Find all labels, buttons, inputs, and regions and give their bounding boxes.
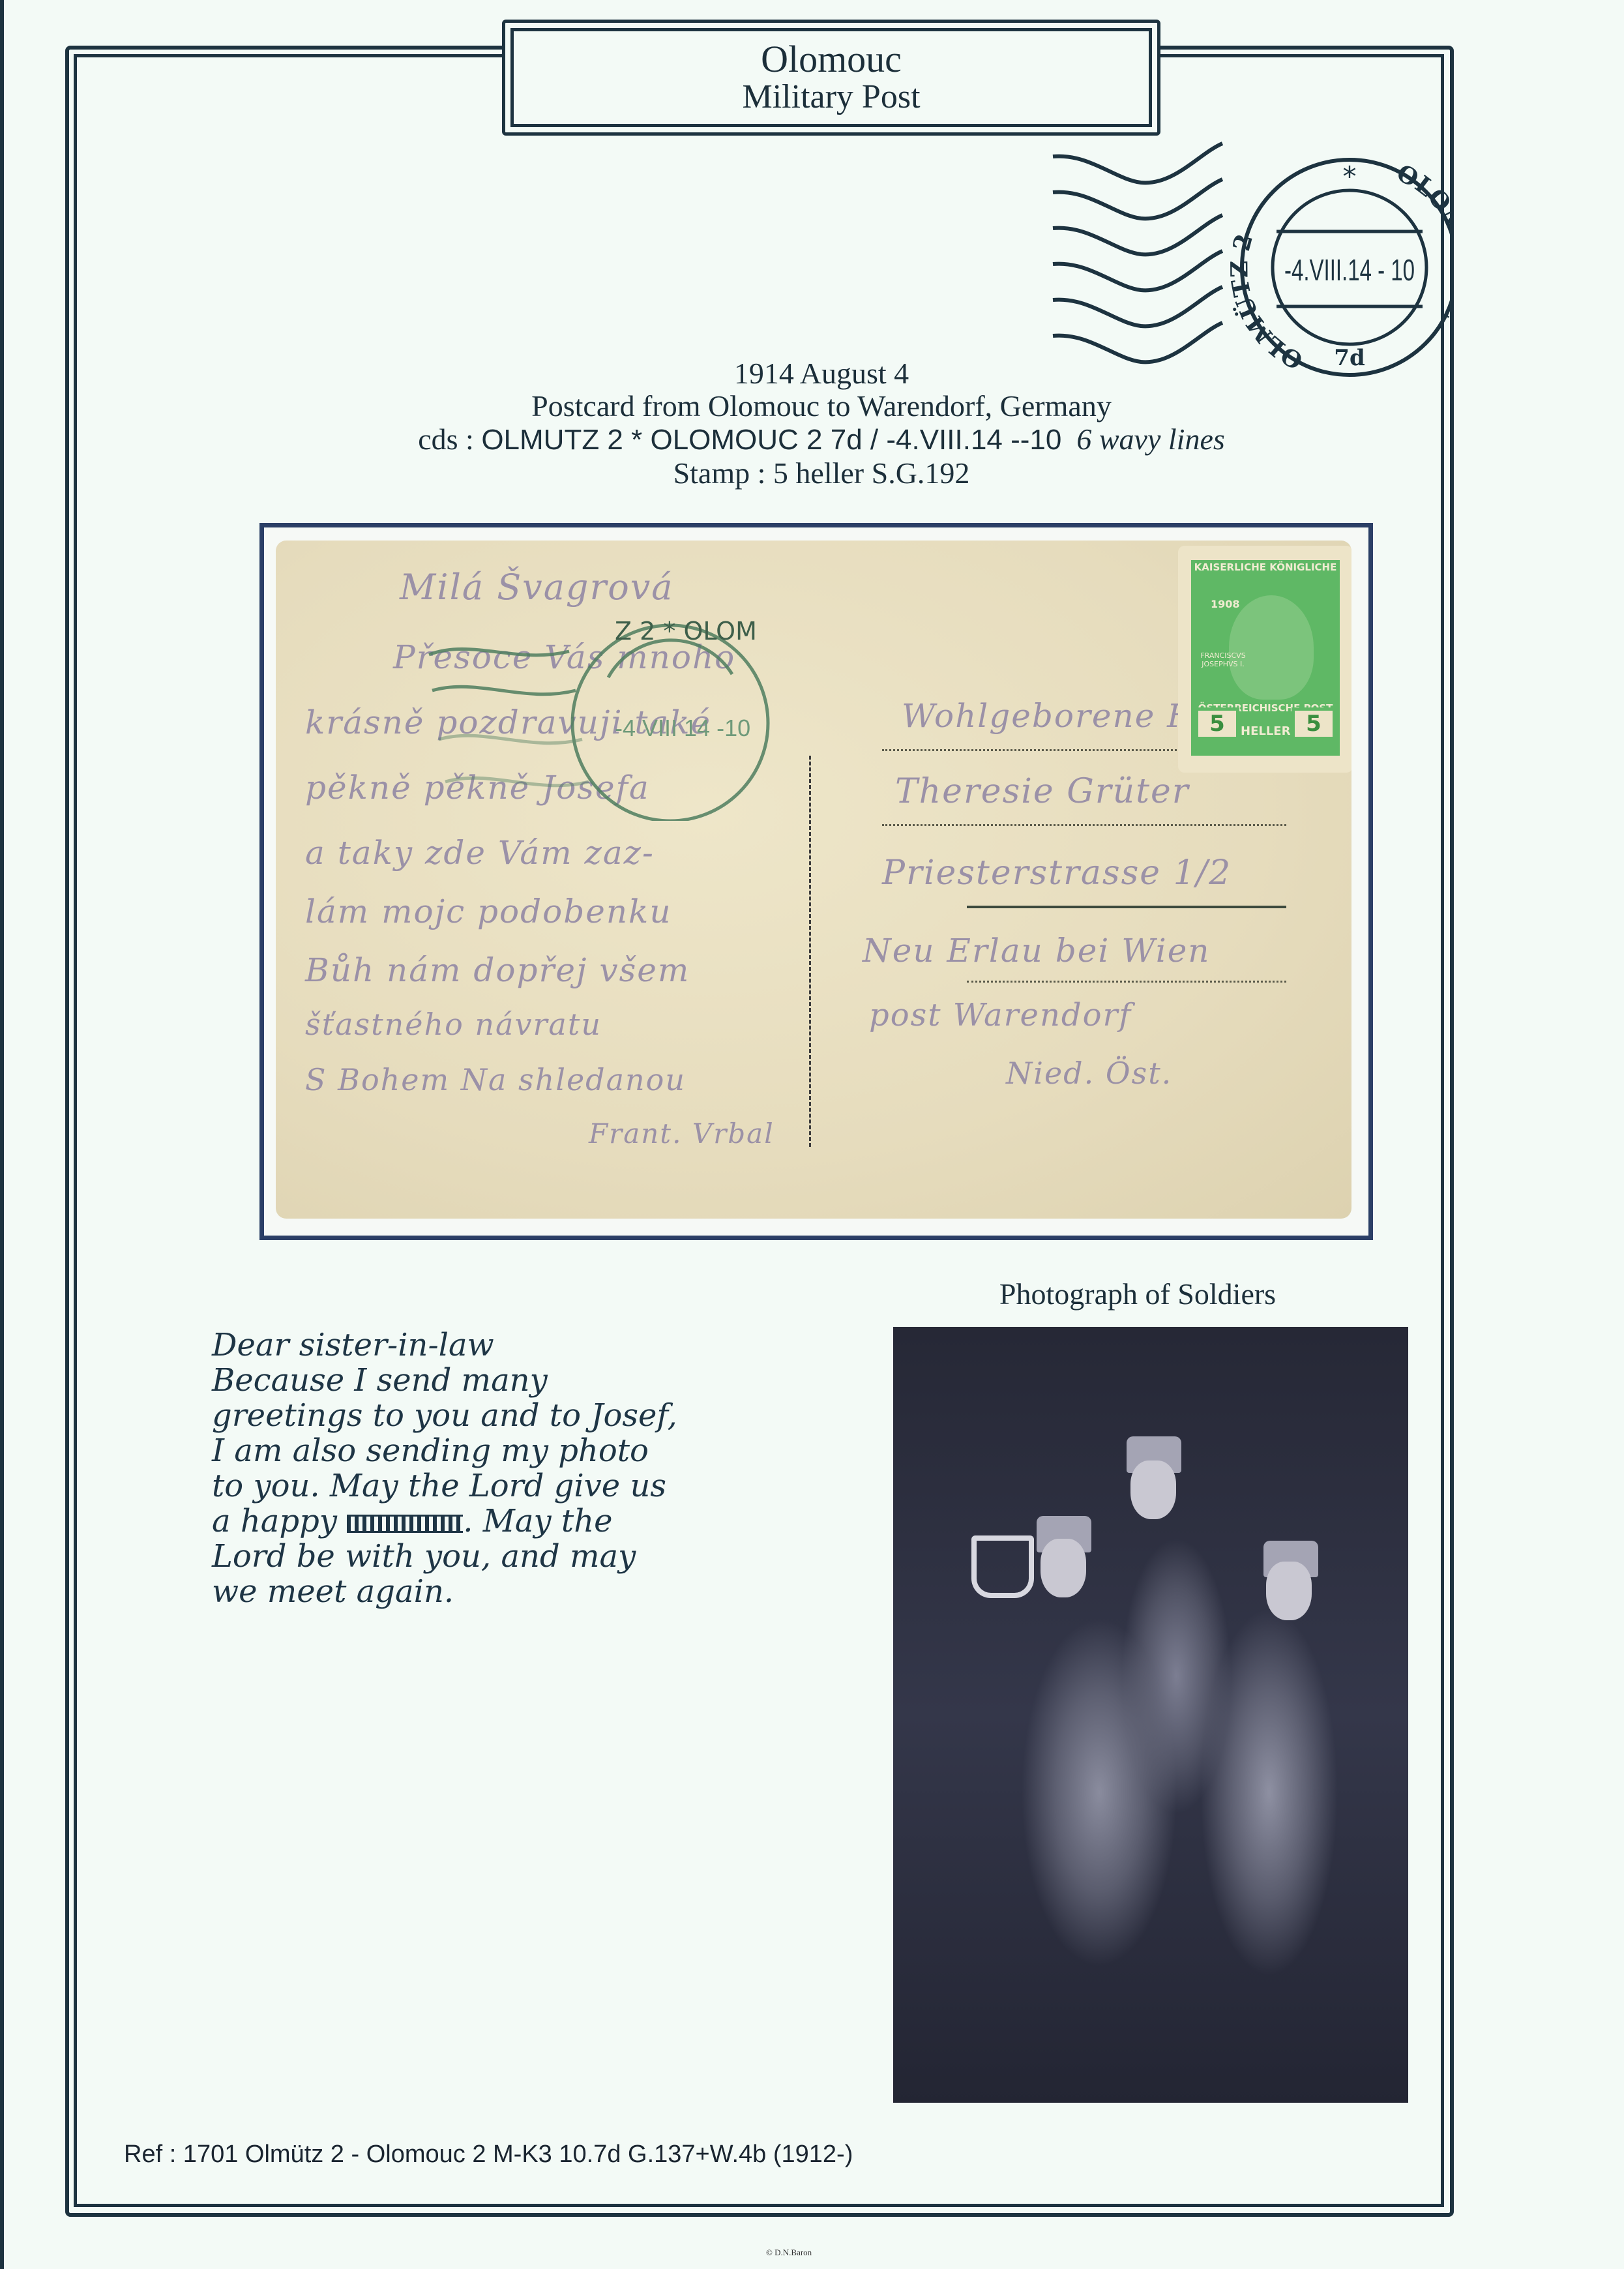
postcard-postmark-icon: Z 2 * OLOM -4 VIII 14 -10	[419, 599, 784, 821]
postage-stamp: KAISERLICHE KÖNIGLICHE 1908 FRANCISCVS J…	[1178, 546, 1351, 773]
message-signature: Frant. Vrbal	[589, 1118, 775, 1149]
page-subtitle: Military Post	[742, 79, 920, 115]
translation-line: greetings to you and to Josef,	[212, 1398, 773, 1433]
message-line: S Bohem Na shledanou	[305, 1062, 686, 1097]
page-edge	[0, 0, 4, 2269]
postcard-divider	[809, 756, 814, 1147]
stamp-design: KAISERLICHE KÖNIGLICHE 1908 FRANCISCVS J…	[1191, 560, 1340, 756]
wavy-lines-icon	[1053, 143, 1222, 362]
translation-line: we meet again.	[212, 1574, 773, 1609]
address-line: post Warendorf	[869, 997, 1132, 1033]
message-line: a taky zde Vám zaz-	[305, 834, 655, 872]
item-date: 1914 August 4	[117, 357, 1526, 390]
stamp-year: 1908	[1211, 598, 1240, 610]
address-line: Priesterstrasse 1/2	[882, 853, 1232, 893]
stamp-name: FRANCISCVS JOSEPHVS I.	[1200, 651, 1246, 668]
postcard-mount: Milá Švagrová Přesoce Vás mnoho krásně p…	[259, 523, 1373, 1240]
stamp-value-right: 5	[1292, 707, 1336, 740]
soldiers-photograph	[893, 1327, 1408, 2103]
postcard-postmark-ring: Z 2 * OLOM	[615, 617, 757, 645]
cds-label: cds :	[418, 423, 481, 456]
copyright-notice: © D.N.Baron	[766, 2247, 812, 2258]
item-route: Postcard from Olomouc to Warendorf, Germ…	[117, 390, 1526, 423]
address-rule	[967, 906, 1286, 908]
item-cds: cds : OLMUTZ 2 * OLOMOUC 2 7d / -4.VIII.…	[117, 423, 1526, 457]
translation-line: Dear sister-in-law	[212, 1327, 773, 1363]
translation-line: to you. May the Lord give us	[212, 1468, 773, 1504]
address-line: Theresie Grüter	[895, 772, 1190, 811]
address-line: Nied. Öst.	[1006, 1056, 1172, 1091]
translation-line: I am also sending my photo	[212, 1433, 773, 1468]
stamp-top-text: KAISERLICHE KÖNIGLICHE	[1191, 561, 1340, 573]
message-line: lám mojc podobenku	[305, 893, 672, 930]
cds-note: 6 wavy lines	[1076, 423, 1224, 456]
translation-text: Dear sister-in-law Because I send many g…	[212, 1327, 773, 1609]
translation-fragment: a happy	[212, 1503, 337, 1539]
item-stamp: Stamp : 5 heller S.G.192	[117, 457, 1526, 490]
translation-line: Lord be with you, and may	[212, 1539, 773, 1574]
address-rule	[967, 981, 1286, 983]
translation-line: a happy . May the	[212, 1504, 773, 1539]
translation-line: Because I send many	[212, 1363, 773, 1398]
star-icon: *	[1343, 160, 1357, 192]
emperor-portrait-icon	[1229, 595, 1314, 700]
stamp-denomination: HELLER	[1241, 724, 1290, 738]
page-title: Olomouc	[761, 40, 902, 79]
postcard-postmark-date: -4 VIII 14 -10	[615, 715, 750, 741]
reference-line: Ref : 1701 Olmütz 2 - Olomouc 2 M-K3 10.…	[124, 2141, 853, 2169]
address-line: Neu Erlau bei Wien	[863, 932, 1211, 970]
stamp-value-left: 5	[1195, 707, 1239, 740]
item-description: 1914 August 4 Postcard from Olomouc to W…	[117, 357, 1526, 490]
illegible-word-mark	[347, 1515, 463, 1533]
postcard: Milá Švagrová Přesoce Vás mnoho krásně p…	[276, 541, 1351, 1219]
title-box: Olomouc Military Post	[502, 20, 1160, 136]
cancellation-illustration: OLMÜTZ 2 OLOMOUC 2 * -4.VIII.14 - 10 7d	[1024, 140, 1454, 394]
message-line: Bůh nám dopřej všem	[305, 951, 690, 989]
postmark-date: -4.VIII.14 - 10	[1284, 253, 1415, 287]
translation-fragment: . May the	[463, 1503, 612, 1539]
cds-value: OLMUTZ 2 * OLOMOUC 2 7d / -4.VIII.14 --1…	[481, 424, 1061, 456]
chair-back	[971, 1535, 1034, 1598]
photo-caption: Photograph of Soldiers	[880, 1277, 1395, 1311]
address-rule	[882, 824, 1286, 826]
message-line: šťastného návratu	[305, 1007, 602, 1042]
